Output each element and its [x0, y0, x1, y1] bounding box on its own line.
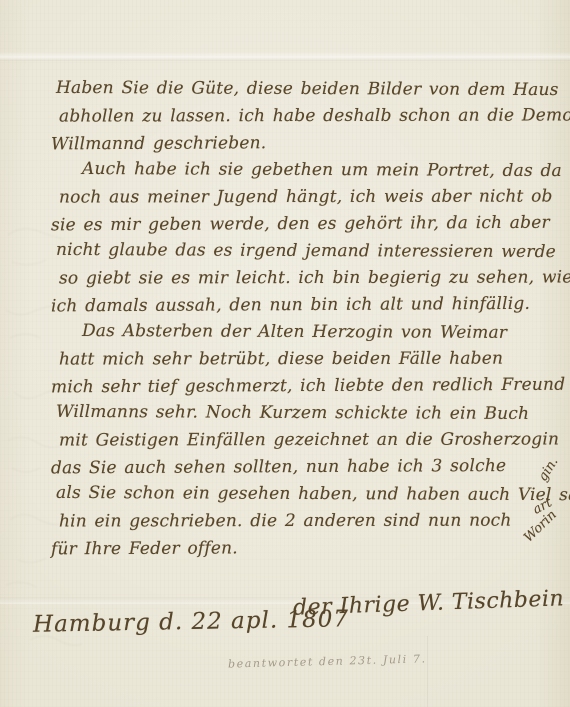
dateline: Hamburg d. 22 apl. 1807 — [33, 606, 349, 638]
letter-page: Haben Sie die Güte, diese beiden Bilder … — [0, 0, 570, 707]
letter-line: sie es mir geben werde, den es gehört ih… — [51, 210, 564, 240]
letter-line: Willmanns sehr. Noch Kurzem schickte ich… — [56, 399, 564, 428]
paper-crease-vertical — [427, 636, 429, 707]
paper-fold-line-top — [0, 52, 570, 61]
letter-line: Haben Sie die Güte, diese beiden Bilder … — [56, 75, 564, 104]
letter-line: das Sie auch sehen sollten, nun habe ich… — [51, 453, 564, 483]
letter-line: hin ein geschrieben. die 2 anderen sind … — [59, 507, 564, 535]
letter-line: Das Absterben der Alten Herzogin von Wei… — [56, 318, 564, 347]
letter-line: so giebt sie es mir leicht. ich bin begi… — [59, 264, 564, 292]
letter-line: ich damals aussah, den nun bin ich alt u… — [51, 291, 564, 321]
letter-line: Auch habe ich sie gebethen um mein Portr… — [56, 156, 564, 185]
letter-line: noch aus meiner Jugend hängt, ich weis a… — [59, 183, 564, 211]
letter-line: Willmannd geschrieben. — [51, 129, 564, 159]
letter-line: als Sie schon ein gesehen haben, und hab… — [56, 480, 564, 509]
letter-line: abhollen zu lassen. ich habe deshalb sch… — [59, 102, 564, 130]
letter-line: für Ihre Feder offen. — [51, 534, 564, 564]
letter-body: Haben Sie die Güte, diese beiden Bilder … — [56, 76, 564, 562]
letter-line: nicht glaube das es irgend jemand intere… — [56, 237, 564, 266]
letter-line: mich sehr tief geschmerzt, ich liebte de… — [51, 372, 564, 402]
letter-line: hatt mich sehr betrübt, diese beiden Fäl… — [59, 345, 564, 373]
letter-line: mit Geistigen Einfällen gezeichnet an di… — [59, 426, 564, 454]
